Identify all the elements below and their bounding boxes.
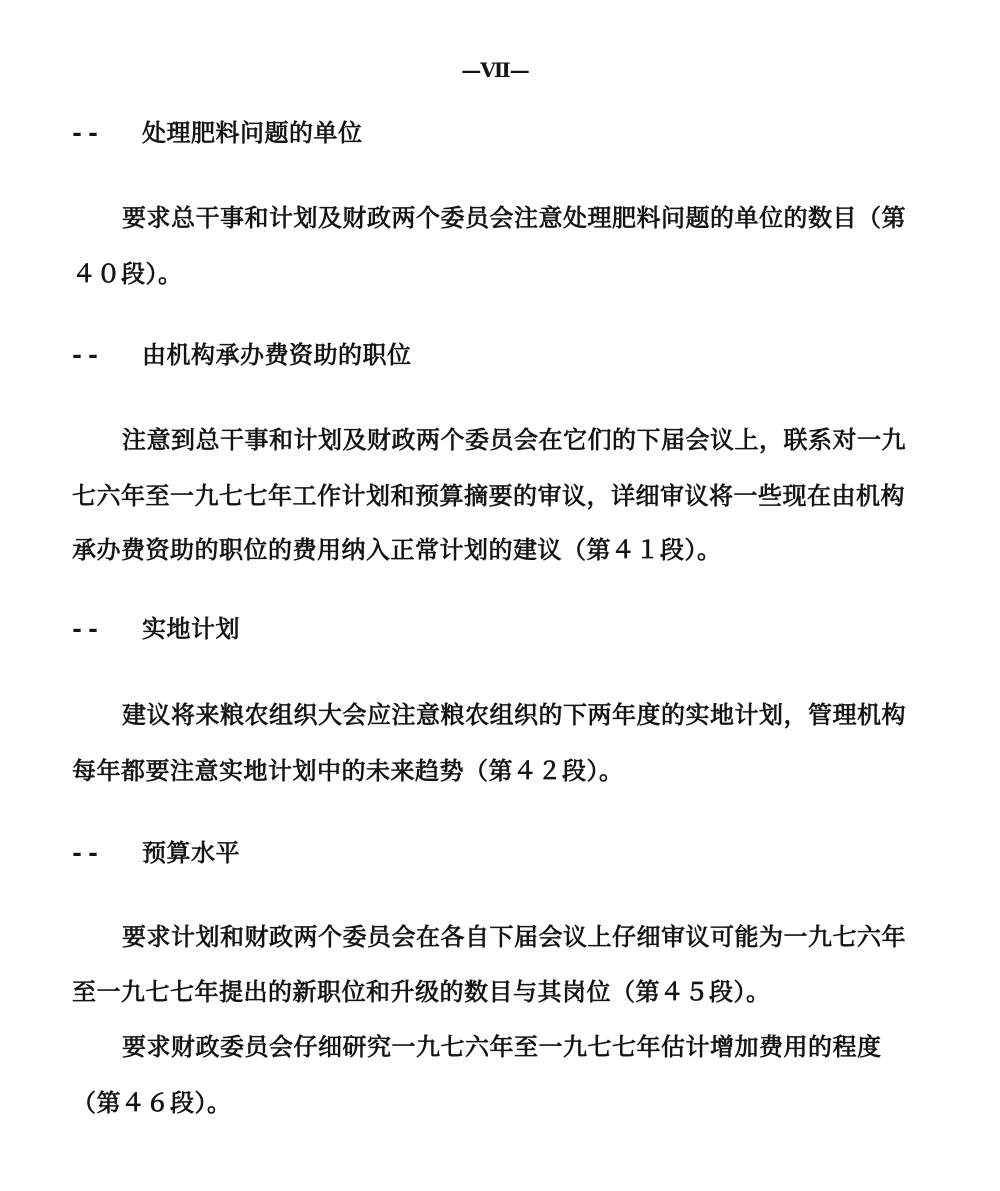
- paragraph-line: 要求计划和财政两个委员会在各自下届会议上仔细审议可能为一九七六年: [122, 922, 906, 952]
- paragraph-line: （第４６段）。: [72, 1088, 232, 1118]
- heading-text: 处理肥料问题的单位: [142, 118, 363, 147]
- heading-dash-marker: --: [72, 614, 142, 644]
- paragraph-line: 每年都要注意实地计划中的未来趋势（第４２段）。: [72, 756, 624, 786]
- section-heading: --由机构承办费资助的职位: [72, 340, 412, 370]
- heading-dash-marker: --: [72, 340, 142, 370]
- section-heading: --预算水平: [72, 838, 240, 868]
- paragraph-line: 建议将来粮农组织大会应注意粮农组织的下两年度的实地计划，管理机构: [122, 700, 906, 730]
- heading-text: 预算水平: [142, 838, 240, 867]
- paragraph-line: 注意到总干事和计划及财政两个委员会在它们的下届会议上，联系对一九: [122, 425, 906, 455]
- paragraph-line: 要求总干事和计划及财政两个委员会注意处理肥料问题的单位的数目（第: [122, 203, 906, 233]
- heading-text: 实地计划: [142, 614, 240, 643]
- paragraph-line: 要求财政委员会仔细研究一九七六年至一九七七年估计增加费用的程度: [122, 1032, 882, 1062]
- heading-text: 由机构承办费资助的职位: [142, 340, 412, 369]
- paragraph-line: ４０段）。: [72, 259, 183, 289]
- section-heading: --处理肥料问题的单位: [72, 118, 363, 148]
- heading-dash-marker: --: [72, 838, 142, 868]
- section-heading: --实地计划: [72, 614, 240, 644]
- paragraph-line: 承办费资助的职位的费用纳入正常计划的建议（第４１段）。: [72, 535, 722, 565]
- paragraph-line: 七六年至一九七七年工作计划和预算摘要的审议，详细审议将一些现在由机构: [72, 481, 905, 511]
- page-number: —Ⅶ—: [0, 58, 990, 82]
- document-page: —Ⅶ— --处理肥料问题的单位 要求总干事和计划及财政两个委员会注意处理肥料问题…: [0, 0, 1000, 1191]
- heading-dash-marker: --: [72, 118, 142, 148]
- paragraph-line: 至一九七七年提出的新职位和升级的数目与其岗位（第４５段）。: [72, 977, 771, 1007]
